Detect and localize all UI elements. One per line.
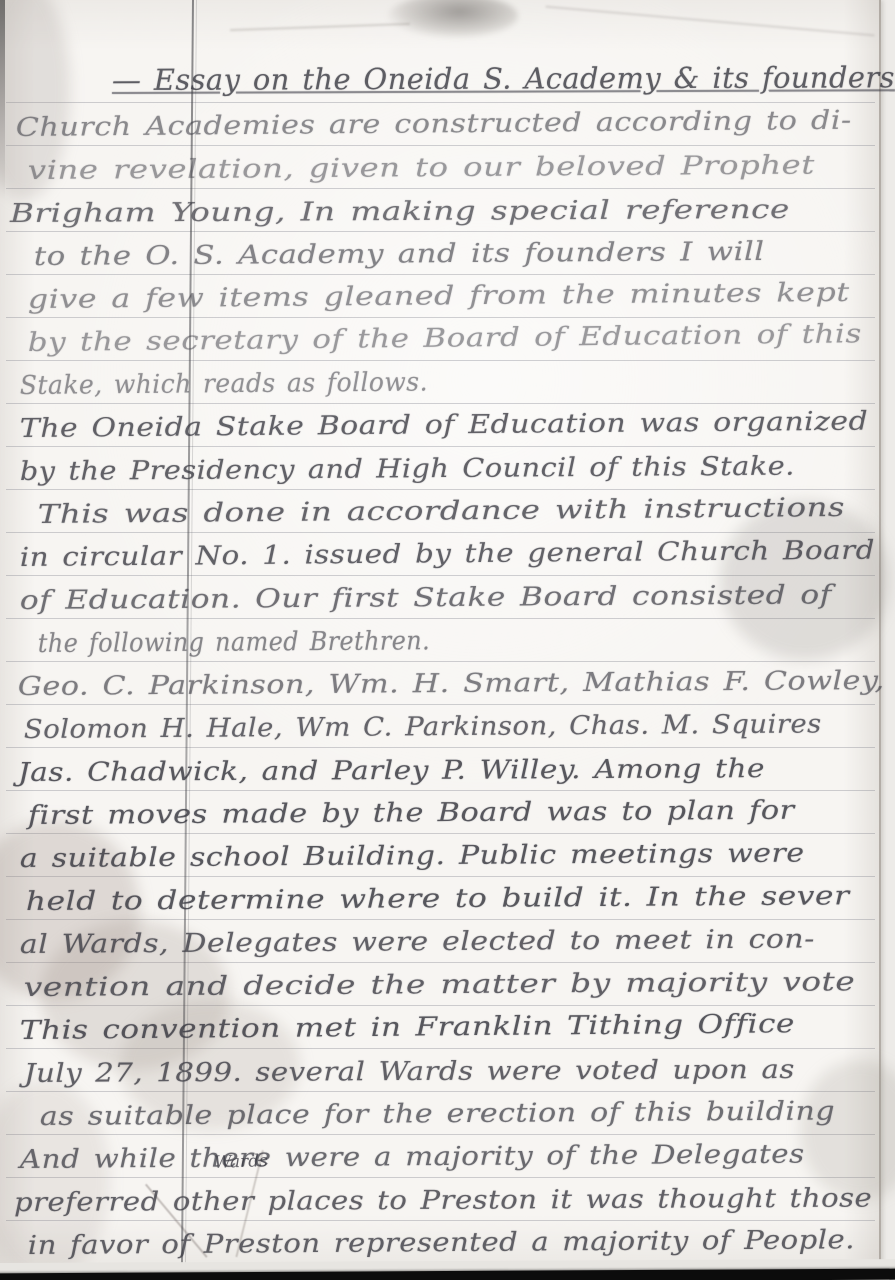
handwriting-line: This was done in accordance with instruc… — [38, 490, 845, 534]
handwriting-line: Stake, which reads as follows. — [20, 364, 428, 405]
handwriting-line: in circular No. 1. issued by the general… — [20, 533, 875, 577]
handwriting-line: in favor of Preston represented a majori… — [28, 1222, 855, 1265]
handwriting-line: vention and decide the matter by majorit… — [24, 964, 856, 1007]
handwriting-line: held to determine where to build it. In … — [26, 878, 850, 921]
page-left-edge — [0, 0, 5, 200]
handwriting-line: as suitable place for the erection of th… — [40, 1093, 836, 1136]
handwriting-line: The Oneida Stake Board of Education was … — [20, 404, 869, 448]
crease-line-top — [230, 23, 410, 31]
handwriting-line: of Education. Our first Stake Board cons… — [20, 577, 832, 620]
crease-shadow-top — [388, 0, 518, 38]
handwriting-line: al Wards, Delegates were elected to meet… — [20, 921, 815, 964]
inserted-word: Wards — [214, 1151, 269, 1173]
crease-line-top-right — [546, 6, 875, 37]
handwriting-line: by the Presidency and High Council of th… — [20, 449, 795, 491]
scanned-page: — Essay on the Oneida S. Academy & its f… — [0, 0, 895, 1280]
handwriting-line: Church Academies are constructed accordi… — [16, 103, 852, 147]
handwriting-line: give a few items gleaned from the minute… — [28, 275, 850, 319]
handwriting-line: the following named Brethren. — [38, 623, 430, 663]
handwriting-line: to the O. S. Academy and its founders I … — [34, 234, 765, 276]
handwriting-line: vine revelation, given to our beloved Pr… — [28, 148, 815, 190]
handwriting-line: first moves made by the Board was to pla… — [28, 793, 795, 835]
title-line: — Essay on the Oneida S. Academy & its f… — [112, 55, 895, 102]
handwriting-line: Brigham Young, In making special referen… — [10, 192, 790, 233]
handwriting-line: a suitable school Building. Public meeti… — [20, 836, 805, 878]
handwriting-line: And while there were a majority of the D… — [20, 1137, 805, 1179]
handwriting-line: Jas. Chadwick, and Parley P. Willey. Amo… — [18, 751, 765, 792]
paper-sheet: — Essay on the Oneida S. Academy & its f… — [0, 0, 881, 1266]
handwriting-line: July 27, 1899. several Wards were voted … — [24, 1052, 795, 1093]
handwriting-line: preferred other places to Preston it was… — [14, 1181, 872, 1222]
handwriting-line: This convention met in Franklin Tithing … — [20, 1006, 795, 1050]
handwriting-line: Geo. C. Parkinson, Wm. H. Smart, Mathias… — [18, 663, 885, 706]
handwriting-line: Solomon H. Hale, Wm C. Parkinson, Chas. … — [24, 706, 822, 749]
